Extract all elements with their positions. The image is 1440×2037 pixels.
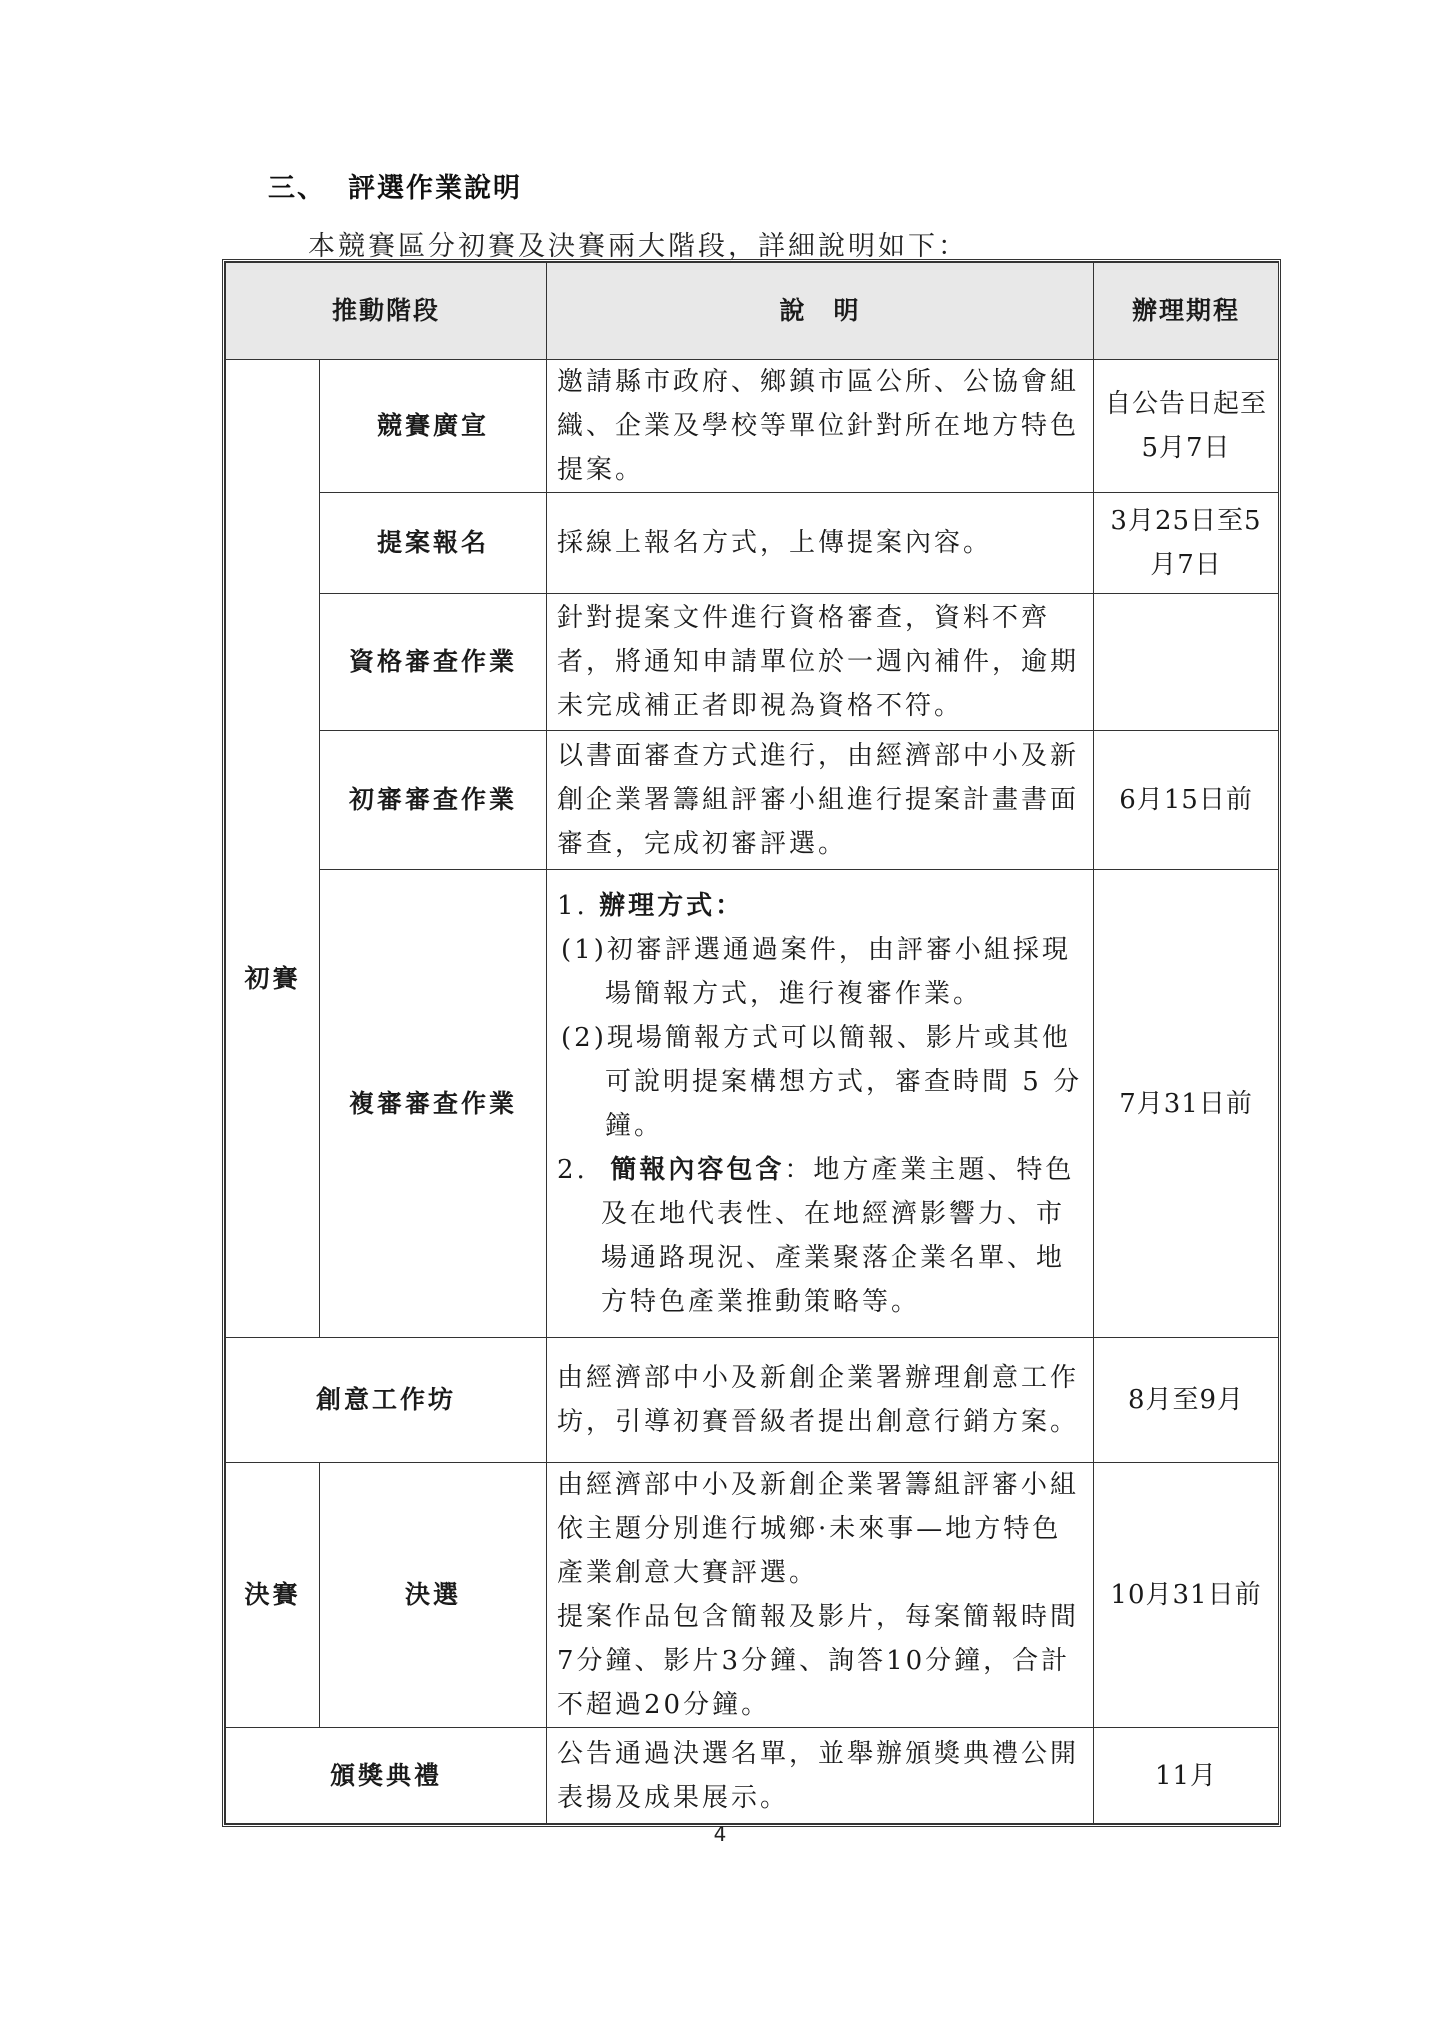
list-title: 簡報內容包含 [610,1155,784,1185]
list-number: 2. [557,1155,588,1185]
header-description: 說 明 [547,263,1094,360]
description-cell: 以書面審查方式進行，由經濟部中小及新創企業署籌組評審小組進行提案計畫書面審查，完… [547,731,1094,870]
schedule-cell: 10月31日前 [1094,1463,1279,1728]
description-cell: 由經濟部中小及新創企業署籌組評審小組依主題分別進行城鄉·未來事—地方特色產業創意… [547,1463,1094,1728]
stage-cell: 資格審查作業 [320,594,547,731]
schedule-cell: 8月至9月 [1094,1338,1279,1463]
stage-cell: 複審審查作業 [320,870,547,1338]
section-heading: 三、評選作業說明 [268,166,522,205]
stage-cell: 提案報名 [320,493,547,594]
description-cell: 針對提案文件進行資格審查，資料不齊者，將通知申請單位於一週內補件，逾期未完成補正… [547,594,1094,731]
schedule-cell: 3月25日至5月7日 [1094,493,1279,594]
group-label-preliminary: 初賽 [226,360,320,1338]
list-title: 辦理方式： [599,891,744,921]
schedule-cell: 6月15日前 [1094,731,1279,870]
table-row: 頒獎典禮 公告通過決選名單，並舉辦頒獎典禮公開表揚及成果展示。 11月 [226,1728,1279,1824]
intro-paragraph: 本競賽區分初賽及決賽兩大階段，詳細說明如下： [308,224,968,263]
table-header-row: 推動階段 說 明 辦理期程 [226,263,1279,360]
sub-number: (1) [561,935,607,965]
table-row: 初審審查作業 以書面審查方式進行，由經濟部中小及新創企業署籌組評審小組進行提案計… [226,731,1279,870]
description-list-cell: 1. 辦理方式： (1)初審評選通過案件，由評審小組採現場簡報方式，進行複審作業… [547,870,1094,1338]
group-label-finals: 決賽 [226,1463,320,1728]
stage-cell: 競賽廣宣 [320,360,547,493]
list-item-2: 2. 簡報內容包含：地方產業主題、特色及在地代表性、在地經濟影響力、市場通路現況… [557,1148,1089,1324]
schedule-cell: 11月 [1094,1728,1279,1824]
stage-cell: 決選 [320,1463,547,1728]
stage-cell-ceremony: 頒獎典禮 [226,1728,547,1824]
finals-description-line: 由經濟部中小及新創企業署籌組評審小組依主題分別進行城鄉·未來事—地方特色產業創意… [557,1463,1089,1595]
header-schedule: 辦理期程 [1094,263,1279,360]
evaluation-schedule-table: 推動階段 說 明 辦理期程 初賽 競賽廣宣 邀請縣市政府、鄉鎮市區公所、公協會組… [222,259,1281,1827]
table-row: 創意工作坊 由經濟部中小及新創企業署辦理創意工作坊，引導初賽晉級者提出創意行銷方… [226,1338,1279,1463]
list-number: 1. [557,891,588,921]
sub-text: 現場簡報方式可以簡報、影片或其他可說明提案構想方式，審查時間 5 分鐘。 [605,1023,1082,1141]
sub-number: (2) [561,1023,607,1053]
section-title: 評選作業說明 [348,173,522,204]
stage-cell-workshop: 創意工作坊 [226,1338,547,1463]
sub-item-2: (2)現場簡報方式可以簡報、影片或其他可說明提案構想方式，審查時間 5 分鐘。 [557,1016,1089,1148]
schedule-cell: 7月31日前 [1094,870,1279,1338]
finals-description-line: 提案作品包含簡報及影片，每案簡報時間7分鐘、影片3分鐘、詢答10分鐘，合計不超過… [557,1595,1089,1727]
sub-text: 初審評選通過案件，由評審小組採現場簡報方式，進行複審作業。 [605,935,1071,1009]
description-cell: 邀請縣市政府、鄉鎮市區公所、公協會組織、企業及學校等單位針對所在地方特色提案。 [547,360,1094,493]
stage-cell: 初審審查作業 [320,731,547,870]
schedule-cell: 自公告日起至5月7日 [1094,360,1279,493]
header-stage: 推動階段 [226,263,547,360]
table-row: 資格審查作業 針對提案文件進行資格審查，資料不齊者，將通知申請單位於一週內補件，… [226,594,1279,731]
description-cell: 由經濟部中小及新創企業署辦理創意工作坊，引導初賽晉級者提出創意行銷方案。 [547,1338,1094,1463]
section-number: 三、 [268,173,326,204]
sub-item-1: (1)初審評選通過案件，由評審小組採現場簡報方式，進行複審作業。 [557,928,1089,1016]
table-row: 複審審查作業 1. 辦理方式： (1)初審評選通過案件，由評審小組採現場簡報方式… [226,870,1279,1338]
description-cell: 公告通過決選名單，並舉辦頒獎典禮公開表揚及成果展示。 [547,1728,1094,1824]
schedule-cell [1094,594,1279,731]
table-row: 決賽 決選 由經濟部中小及新創企業署籌組評審小組依主題分別進行城鄉·未來事—地方… [226,1463,1279,1728]
page-number: 4 [0,1822,1440,1846]
table-row: 初賽 競賽廣宣 邀請縣市政府、鄉鎮市區公所、公協會組織、企業及學校等單位針對所在… [226,360,1279,493]
list-item-1: 1. 辦理方式： [557,884,1089,928]
table-row: 提案報名 採線上報名方式，上傳提案內容。 3月25日至5月7日 [226,493,1279,594]
description-cell: 採線上報名方式，上傳提案內容。 [547,493,1094,594]
